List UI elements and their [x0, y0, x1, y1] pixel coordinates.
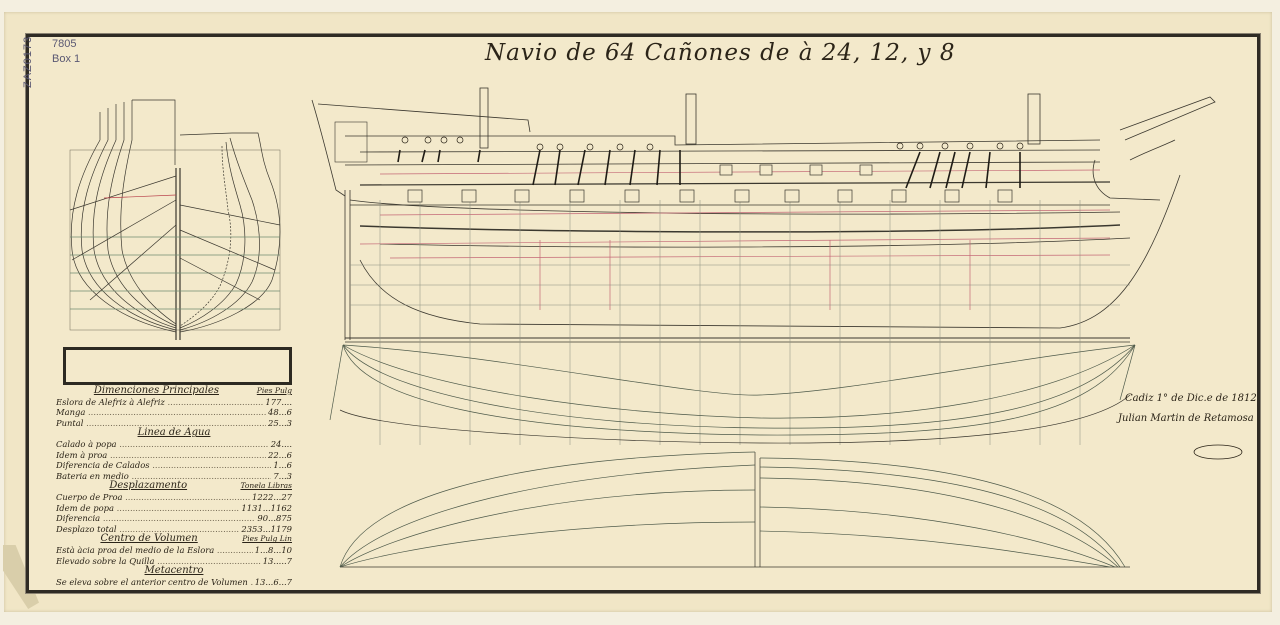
table-row: Manga48...6 [56, 407, 292, 418]
table-row: Eslora de Alefriz à Alefriz177.... [56, 397, 292, 408]
half-breadth-plan [330, 345, 1135, 443]
waterline-plan [340, 452, 1130, 567]
table-row: Calado à popa24.... [56, 439, 292, 450]
scale-bar [63, 347, 292, 385]
units-principal: Pies Pulg [257, 386, 292, 397]
table-row: Diferencia de Calados1...6 [56, 460, 292, 471]
heading-principal: Dimenciones Principales [56, 386, 257, 397]
sheer-plan [312, 88, 1215, 342]
table-row: Diferencia90...875 [56, 513, 292, 524]
heading-waterline: Linea de Agua [56, 428, 292, 439]
units-volume: Pies Pulg Lin [242, 534, 292, 545]
dimensions-table: Dimenciones Principales Pies Pulg Eslora… [56, 386, 292, 587]
signature-name: Julian Martin de Retamosa [1118, 413, 1254, 424]
rail-circles [402, 137, 1023, 150]
signature-place-date: Cadiz 1° de Dic.e de 1812 [1125, 393, 1257, 404]
rubric-flourish [1194, 445, 1242, 459]
table-row: Se eleva sobre el anterior centro de Vol… [56, 577, 292, 588]
table-row: Idem à proa22...6 [56, 450, 292, 461]
heading-volume: Centro de Volumen [56, 534, 242, 545]
body-plan [70, 100, 280, 340]
table-row: Idem de popa1131...1162 [56, 503, 292, 514]
table-row: Està àcia proa del medio de la Eslora1..… [56, 545, 292, 556]
units-displacement: Tonela Libras [240, 481, 292, 492]
heading-displacement: Desplazamento [56, 481, 240, 492]
heading-metacentre: Metacentro [56, 566, 292, 577]
table-row: Cuerpo de Proa1222...27 [56, 492, 292, 503]
